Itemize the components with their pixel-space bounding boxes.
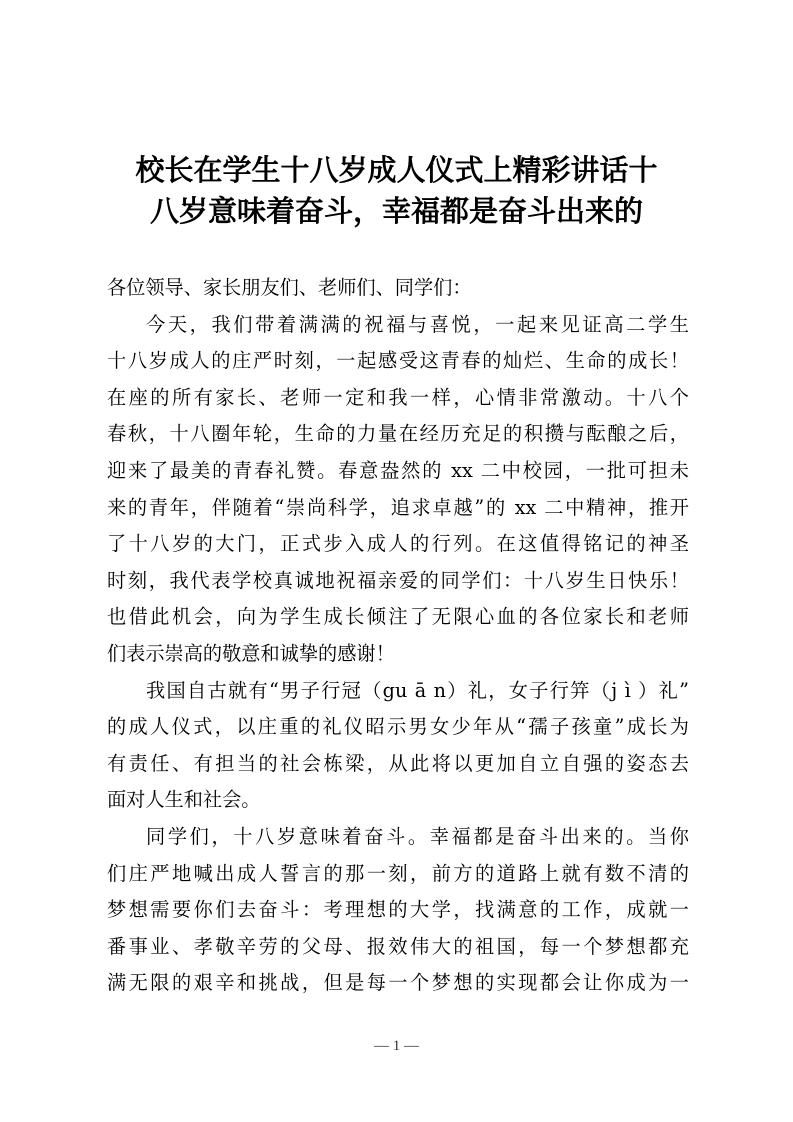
body-line: 各位领导、家长朋友们、老师们、同学们： xyxy=(107,270,689,307)
body-line: 们庄严地喊出成人誓言的那一刻，前方的道路上就有数不清的 xyxy=(107,856,689,893)
body-line: 来的青年，伴随着“崇尚科学，追求卓越”的 xx 二中精神，推开 xyxy=(107,490,689,527)
body-line: 同学们，十八岁意味着奋斗。幸福都是奋斗出来的。当你 xyxy=(107,819,689,856)
body-line: 满无限的艰辛和挑战，但是每一个梦想的实现都会让你成为一 xyxy=(107,965,689,1002)
document-title: 校长在学生十八岁成人仪式上精彩讲话十 八岁意味着奋斗，幸福都是奋斗出来的 xyxy=(100,150,693,232)
title-line-1: 校长在学生十八岁成人仪式上精彩讲话十 xyxy=(100,150,693,191)
body-line: 迎来了最美的青春礼赞。春意盎然的 xx 二中校园，一批可担未 xyxy=(107,453,689,490)
body-line: 十八岁成人的庄严时刻，一起感受这青春的灿烂、生命的成长！ xyxy=(107,343,689,380)
body-line: 我国自古就有“男子行冠（gu ā n）礼，女子行笄（j ì ）礼” xyxy=(107,673,689,710)
body-line: 春秋，十八圈年轮，生命的力量在经历充足的积攒与酝酿之后， xyxy=(107,416,689,453)
body-line: 有责任、有担当的社会栋梁，从此将以更加自立自强的姿态去 xyxy=(107,746,689,783)
page-number: — 1 — xyxy=(0,1038,793,1055)
document-page: 校长在学生十八岁成人仪式上精彩讲话十 八岁意味着奋斗，幸福都是奋斗出来的 各位领… xyxy=(0,0,793,1122)
body-line: 番事业、孝敬辛劳的父母、报效伟大的祖国，每一个梦想都充 xyxy=(107,929,689,966)
body-line: 的成人仪式，以庄重的礼仪昭示男女少年从“孺子孩童”成长为 xyxy=(107,709,689,746)
body-line: 也借此机会，向为学生成长倾注了无限心血的各位家长和老师 xyxy=(107,599,689,636)
body-line: 了十八岁的大门，正式步入成人的行列。在这值得铭记的神圣 xyxy=(107,526,689,563)
body-line: 面对人生和社会。 xyxy=(107,782,689,819)
body-line: 们表示崇高的敬意和诚挚的感谢！ xyxy=(107,636,689,673)
title-line-2: 八岁意味着奋斗，幸福都是奋斗出来的 xyxy=(100,191,693,232)
body-line: 今天，我们带着满满的祝福与喜悦，一起来见证高二学生 xyxy=(107,307,689,344)
body-line: 在座的所有家长、老师一定和我一样，心情非常激动。十八个 xyxy=(107,380,689,417)
body-line: 时刻，我代表学校真诚地祝福亲爱的同学们：十八岁生日快乐！ xyxy=(107,563,689,600)
body-line: 梦想需要你们去奋斗：考理想的大学，找满意的工作，成就一 xyxy=(107,892,689,929)
document-body: 各位领导、家长朋友们、老师们、同学们：今天，我们带着满满的祝福与喜悦，一起来见证… xyxy=(107,270,689,1002)
